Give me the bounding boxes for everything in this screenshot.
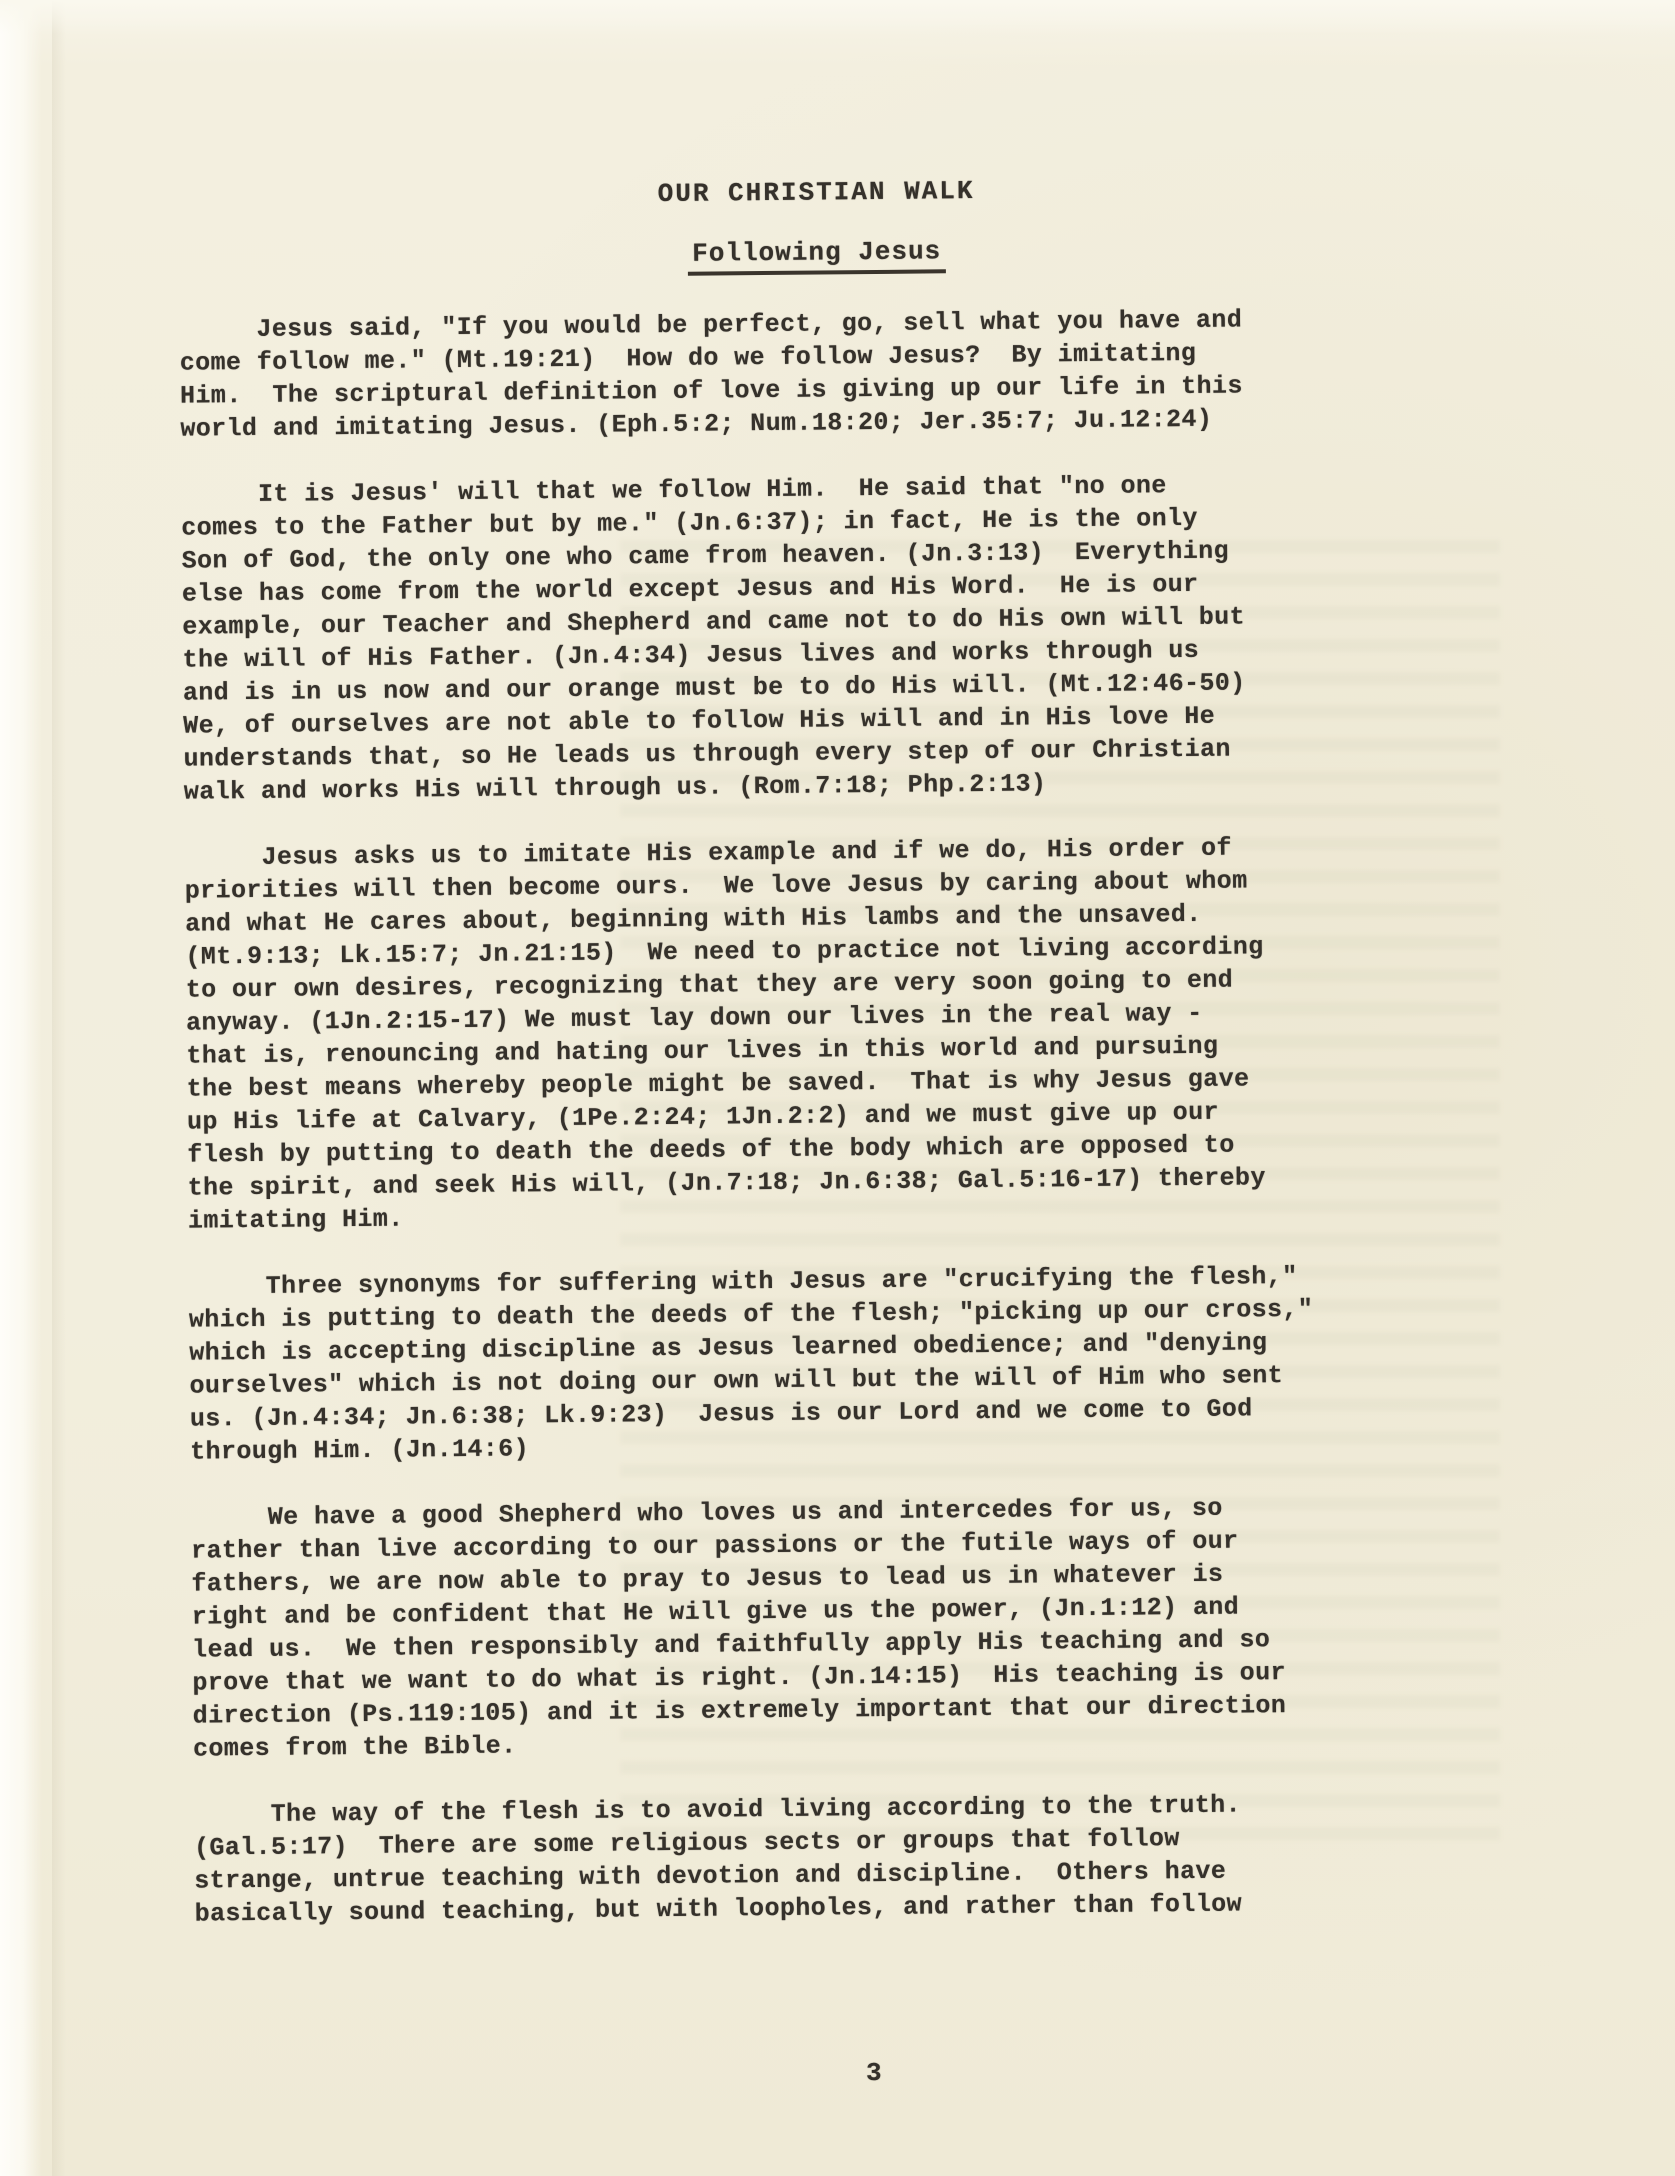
scanned-page: OUR CHRISTIAN WALK Following Jesus Jesus… [0, 0, 1675, 2176]
body-paragraphs: Jesus said, "If you would be perfect, go… [179, 302, 1374, 1930]
scan-left-edge [0, 0, 42, 2176]
paragraph: Three synonyms for suffering with Jesus … [188, 1259, 1370, 1468]
section-heading: Following Jesus [688, 236, 945, 275]
typewritten-content: OUR CHRISTIAN WALK Following Jesus Jesus… [178, 172, 1375, 1930]
paragraph: Jesus said, "If you would be perfect, go… [179, 302, 1360, 445]
page-title: OUR CHRISTIAN WALK [178, 172, 1358, 213]
scan-top-edge [0, 0, 1675, 34]
paragraph: Jesus asks us to imitate His example and… [184, 830, 1368, 1237]
paragraph: The way of the flesh is to avoid living … [194, 1787, 1375, 1930]
paragraph: It is Jesus' will that we follow Him. He… [181, 467, 1364, 808]
page-number: 3 [866, 2058, 882, 2088]
paper-fold-shadow [52, 0, 66, 2176]
subtitle-row: Following Jesus [179, 232, 1359, 280]
paragraph: We have a good Shepherd who loves us and… [191, 1490, 1373, 1765]
